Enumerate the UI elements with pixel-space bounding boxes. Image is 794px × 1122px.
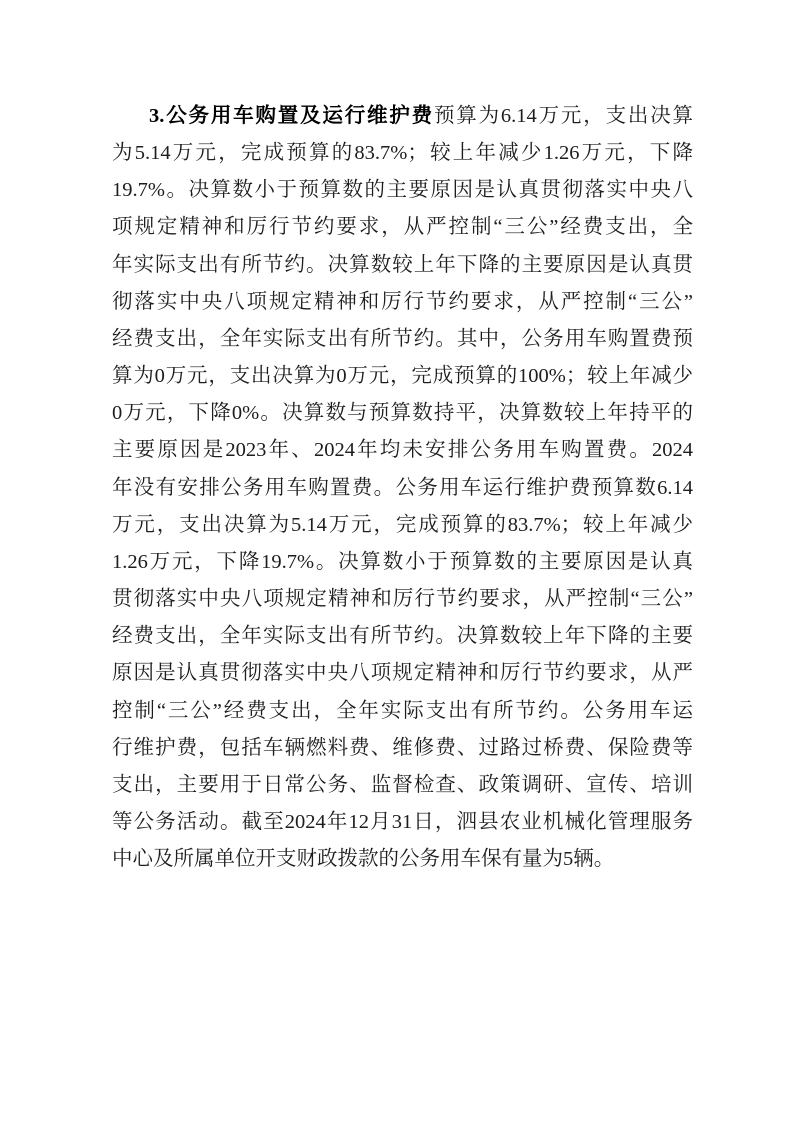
paragraph-line: 年没有安排公务用车购置费。公务用车运行维护费预算数6.14 <box>112 470 693 507</box>
paragraph-line: 彻落实中央八项规定精神和厉行节约要求，从严控制“三公” <box>112 284 693 321</box>
paragraph-line: 行维护费，包括车辆燃料费、维修费、过路过桥费、保险费等 <box>112 730 693 767</box>
paragraph-line: 经费支出，全年实际支出有所节约。其中，公务用车购置费预 <box>112 321 693 358</box>
paragraph-line: 算为0万元，支出决算为0万元，完成预算的100%；较上年减少 <box>112 358 693 395</box>
paragraph-line: 中心及所属单位开支财政拨款的公务用车保有量为5辆。 <box>112 841 693 878</box>
paragraph-line: 为5.14万元，完成预算的83.7%；较上年减少1.26万元，下降 <box>112 135 693 172</box>
paragraph-line: 19.7%。决算数小于预算数的主要原因是认真贯彻落实中央八 <box>112 172 693 209</box>
paragraph-line: 0万元，下降0%。决算数与预算数持平，决算数较上年持平的 <box>112 395 693 432</box>
paragraph-line: 项规定精神和厉行节约要求，从严控制“三公”经费支出，全 <box>112 209 693 246</box>
paragraph-line: 年实际支出有所节约。决算数较上年下降的主要原因是认真贯 <box>112 247 693 284</box>
paragraph-line: 3.公务用车购置及运行维护费预算为6.14万元，支出决算 <box>112 98 693 135</box>
paragraph-line: 等公务活动。截至2024年12月31日，泗县农业机械化管理服务 <box>112 804 693 841</box>
paragraph-line: 1.26万元，下降19.7%。决算数小于预算数的主要原因是认真 <box>112 544 693 581</box>
section-heading: 3.公务用车购置及运行维护费 <box>149 105 434 127</box>
paragraph-line: 贯彻落实中央八项规定精神和厉行节约要求，从严控制“三公” <box>112 581 693 618</box>
paragraph-line: 控制“三公”经费支出，全年实际支出有所节约。公务用车运 <box>112 693 693 730</box>
paragraph-line: 万元，支出决算为5.14万元，完成预算的83.7%；较上年减少 <box>112 507 693 544</box>
paragraph-line: 主要原因是2023年、2024年均未安排公务用车购置费。2024 <box>112 432 693 469</box>
paragraph-line-text: 预算为6.14万元，支出决算 <box>434 105 693 127</box>
paragraph-line: 支出，主要用于日常公务、监督检查、政策调研、宣传、培训 <box>112 767 693 804</box>
vehicle-budget-paragraph: 3.公务用车购置及运行维护费预算为6.14万元，支出决算 为5.14万元，完成预… <box>112 98 693 878</box>
paragraph-line: 原因是认真贯彻落实中央八项规定精神和厉行节约要求，从严 <box>112 655 693 692</box>
paragraph-line: 经费支出，全年实际支出有所节约。决算数较上年下降的主要 <box>112 618 693 655</box>
document-page: 3.公务用车购置及运行维护费预算为6.14万元，支出决算 为5.14万元，完成预… <box>0 0 794 1122</box>
